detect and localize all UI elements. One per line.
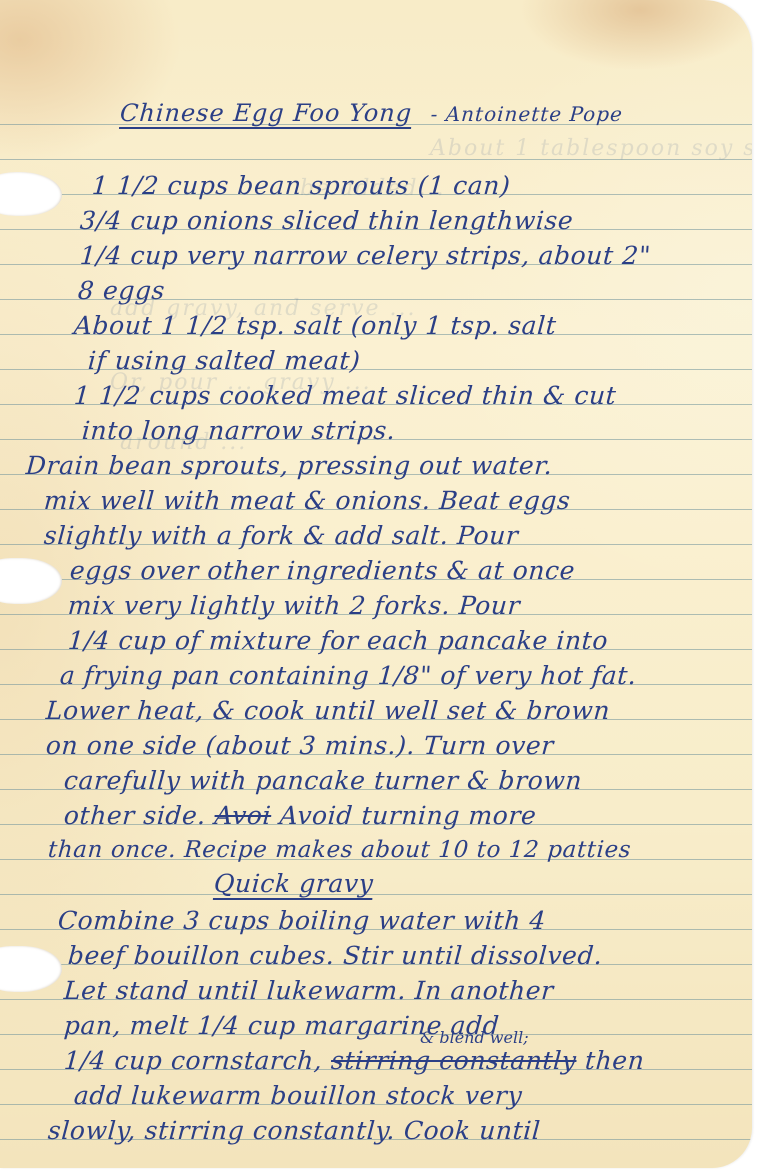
ingredient-line: About 1 1/2 tsp. salt (only 1 tsp. salt — [73, 308, 558, 343]
recipe-title: Chinese Egg Foo Yong — [119, 99, 413, 127]
method-line-text: Avoid turning more — [279, 801, 538, 830]
gravy-line: Let stand until lukewarm. In another — [63, 973, 555, 1008]
gravy-line-text: then — [584, 1046, 645, 1075]
method-line: 1/4 cup of mixture for each pancake into — [67, 623, 610, 658]
method-line: slightly with a fork & add salt. Pour — [43, 518, 520, 553]
struck-text: Avoi — [214, 801, 273, 830]
gravy-line: slowly, stirring constantly. Cook until — [47, 1113, 542, 1148]
gravy-line: add lukewarm bouillon stock very — [73, 1078, 524, 1113]
ingredient-line: 3/4 cup onions sliced thin lengthwise — [79, 203, 575, 238]
bleed-through-text: About 1 tablespoon soy sauce may — [430, 136, 752, 161]
method-line: other side. Avoi Avoid turning more — [63, 798, 538, 833]
recipe-title-row: Chinese Egg Foo Yong - Antoinette Pope — [119, 96, 624, 132]
method-line: mix well with meat & onions. Beat eggs — [43, 483, 572, 518]
ingredient-line: 8 eggs — [77, 273, 167, 308]
ingredient-line: if using salted meat) — [87, 343, 362, 378]
binder-hole — [0, 946, 62, 992]
method-line: Lower heat, & cook until well set & brow… — [45, 693, 612, 728]
gravy-line-text: 1/4 cup cornstarch, — [63, 1046, 324, 1075]
method-line: eggs over other ingredients & at once — [69, 553, 577, 588]
recipe-card: About 1 tablespoon soy sauce may be adde… — [0, 0, 752, 1168]
method-line: a frying pan containing 1/8" of very hot… — [59, 658, 638, 693]
recipe-author: - Antoinette Pope — [430, 102, 624, 126]
gravy-heading: Quick gravy — [213, 866, 375, 901]
ingredient-line: into long narrow strips. — [81, 413, 397, 448]
ingredient-line: 1 1/2 cups cooked meat sliced thin & cut — [73, 378, 618, 413]
method-line: carefully with pancake turner & brown — [63, 763, 584, 798]
binder-hole — [0, 558, 62, 604]
struck-text: stirring constantly — [330, 1046, 577, 1075]
method-line-text: other side. — [63, 801, 207, 830]
gravy-line: beef bouillon cubes. Stir until dissolve… — [67, 938, 604, 973]
rule-line — [0, 894, 752, 895]
gravy-line: 1/4 cup cornstarch, stirring constantly … — [63, 1043, 646, 1078]
method-line: Drain bean sprouts, pressing out water. — [25, 448, 554, 483]
ingredient-line: 1 1/2 cups bean sprouts (1 can) — [91, 168, 512, 203]
method-line: mix very lightly with 2 forks. Pour — [67, 588, 522, 623]
gravy-line: Combine 3 cups boiling water with 4 — [57, 903, 547, 938]
binder-hole — [0, 172, 62, 216]
method-line: on one side (about 3 mins.). Turn over — [45, 728, 555, 763]
method-line: than once. Recipe makes about 10 to 12 p… — [47, 833, 633, 868]
ingredient-line: 1/4 cup very narrow celery strips, about… — [79, 238, 652, 273]
